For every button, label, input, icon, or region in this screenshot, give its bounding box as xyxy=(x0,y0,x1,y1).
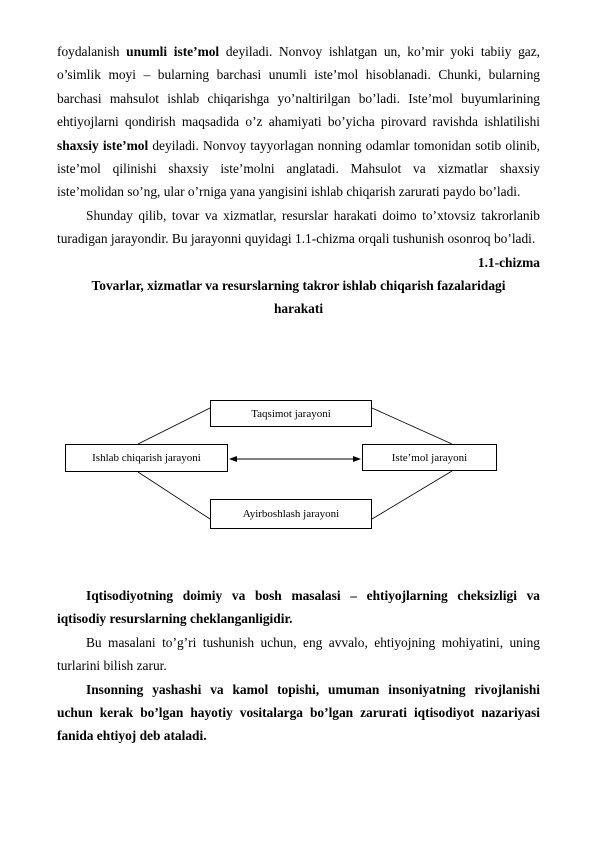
paragraph-understanding: Bu masalani to’g’ri tushunish uchun, eng… xyxy=(57,631,540,678)
connector-line xyxy=(138,408,210,444)
paragraph-need-definition: Insonning yashashi va kamol topishi, umu… xyxy=(57,678,540,748)
connector-line xyxy=(372,471,452,519)
page-body-lower: Iqtisodiyotning doimiy va bosh masalasi … xyxy=(57,584,540,748)
text-run: foydalanish xyxy=(57,44,126,59)
figure-label: 1.1-chizma xyxy=(57,251,540,274)
connector-line xyxy=(372,408,452,444)
page-body: foydalanish unumli iste’mol deyiladi. No… xyxy=(57,40,540,321)
paragraph-main-problem: Iqtisodiyotning doimiy va bosh masalasi … xyxy=(57,584,540,631)
need-definition: Insonning yashashi va kamol topishi, umu… xyxy=(57,682,540,744)
term-personal-consumption: shaxsiy iste’mol xyxy=(57,138,148,153)
box-distribution: Taqsimot jarayoni xyxy=(210,400,372,427)
box-consumption: Iste’mol jarayoni xyxy=(362,444,497,471)
main-problem-statement: Iqtisodiyotning doimiy va bosh masalasi … xyxy=(57,588,540,626)
paragraph-consumption: foydalanish unumli iste’mol deyiladi. No… xyxy=(57,40,540,204)
connector-line xyxy=(138,472,210,519)
box-exchange: Ayirboshlash jarayoni xyxy=(210,499,372,529)
box-production: Ishlab chiqarish jarayoni xyxy=(65,444,228,472)
paragraph-process: Shunday qilib, tovar va xizmatlar, resur… xyxy=(57,204,540,251)
figure-title: Tovarlar, xizmatlar va resurslarning tak… xyxy=(57,274,540,321)
term-productive-consumption: unumli iste’mol xyxy=(126,44,219,59)
